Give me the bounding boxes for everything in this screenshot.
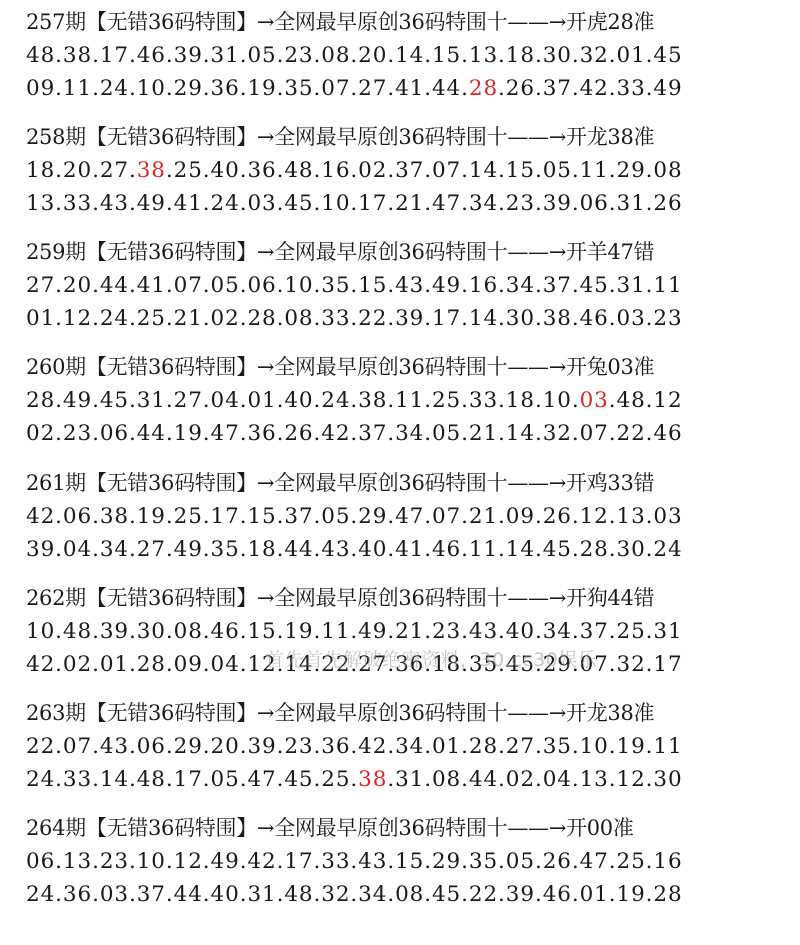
- period-title: 263期【无错36码特围】→全网最早原创36码特围十——→开龙38准: [26, 697, 800, 730]
- period-number: 261期: [26, 471, 86, 495]
- separator-dot: .: [203, 537, 211, 562]
- separator-dot: .: [461, 537, 469, 562]
- number-row: 06.13.23.10.12.49.42.17.33.43.15.29.35.0…: [26, 845, 800, 878]
- number-cell: 49: [174, 537, 203, 562]
- number-cell: 29: [174, 734, 203, 759]
- separator-dot: .: [129, 849, 137, 874]
- separator-dot: .: [92, 734, 100, 759]
- separator-dot: .: [350, 849, 358, 874]
- separator-dot: .: [166, 652, 174, 677]
- separator-dot: .: [203, 849, 211, 874]
- separator-dot: .: [535, 306, 543, 331]
- number-cell: 39: [100, 619, 129, 644]
- separator-dot: .: [424, 652, 432, 677]
- number-cell: 14: [469, 158, 498, 183]
- number-cell: 06: [63, 504, 92, 529]
- number-cell: 45: [100, 388, 129, 413]
- number-cell: 49: [432, 273, 461, 298]
- separator-dot: .: [424, 882, 432, 907]
- number-cell: 35: [321, 273, 350, 298]
- number-cell: 10: [26, 619, 55, 644]
- number-cell: 31: [617, 273, 646, 298]
- separator-dot: .: [461, 191, 469, 216]
- number-cell: 40: [211, 882, 240, 907]
- number-row: 09.11.24.10.29.36.19.35.07.27.41.44.28.2…: [26, 72, 800, 105]
- separator-dot: .: [572, 767, 580, 792]
- number-cell: 43: [100, 191, 129, 216]
- separator-dot: .: [572, 619, 580, 644]
- number-cell: 37: [543, 76, 572, 101]
- separator-dot: .: [350, 734, 358, 759]
- separator-dot: .: [535, 191, 543, 216]
- separator-dot: .: [535, 388, 543, 413]
- separator-dot: .: [203, 43, 211, 68]
- number-cell: 46: [543, 882, 572, 907]
- separator-dot: .: [55, 504, 63, 529]
- separator-dot: .: [387, 43, 395, 68]
- number-cell: 26: [543, 504, 572, 529]
- number-cell: 19: [617, 882, 646, 907]
- separator-dot: .: [55, 849, 63, 874]
- number-cell: 39: [174, 43, 203, 68]
- separator-dot: .: [166, 158, 174, 183]
- period-title: 258期【无错36码特围】→全网最早原创36码特围十——→开龙38准: [26, 121, 800, 154]
- number-cell: 15: [432, 43, 461, 68]
- separator-dot: .: [461, 619, 469, 644]
- number-cell: 34: [100, 537, 129, 562]
- period-entry: 258期【无错36码特围】→全网最早原创36码特围十——→开龙38准18.20.…: [26, 121, 800, 220]
- separator-dot: .: [350, 76, 358, 101]
- separator-dot: .: [92, 882, 100, 907]
- number-cell: 40: [211, 158, 240, 183]
- number-cell: 36: [395, 652, 424, 677]
- separator-dot: .: [350, 619, 358, 644]
- separator-dot: .: [461, 504, 469, 529]
- number-row: 42.02.01.28.09.04.12.14.22.27.36.18.35.4…: [26, 648, 800, 681]
- number-cell: 07: [63, 734, 92, 759]
- number-cell: 29: [617, 158, 646, 183]
- separator-dot: .: [461, 849, 469, 874]
- separator-dot: .: [92, 76, 100, 101]
- number-cell: 28: [653, 882, 682, 907]
- separator-dot: .: [387, 76, 395, 101]
- separator-dot: .: [609, 849, 617, 874]
- number-cell: 17: [100, 43, 129, 68]
- number-cell: 01: [580, 882, 609, 907]
- separator-dot: .: [203, 882, 211, 907]
- separator-dot: .: [203, 191, 211, 216]
- number-cell: 04: [211, 652, 240, 677]
- separator-dot: .: [203, 306, 211, 331]
- number-row: 13.33.43.49.41.24.03.45.10.17.21.47.34.2…: [26, 187, 800, 220]
- separator-dot: .: [424, 537, 432, 562]
- number-cell: 43: [321, 537, 350, 562]
- number-cell: 19: [137, 504, 166, 529]
- separator-dot: .: [535, 734, 543, 759]
- period-result: 狗44错: [587, 586, 655, 610]
- number-cell: 16: [653, 849, 682, 874]
- separator-dot: .: [166, 388, 174, 413]
- separator-dot: .: [129, 306, 137, 331]
- separator-dot: .: [424, 849, 432, 874]
- number-cell: 31: [137, 388, 166, 413]
- number-cell: 02: [26, 421, 55, 446]
- separator-dot: .: [572, 734, 580, 759]
- separator-dot: .: [55, 537, 63, 562]
- number-cell: 29: [543, 652, 572, 677]
- number-cell: 05: [211, 273, 240, 298]
- number-cell: 45: [284, 767, 313, 792]
- number-cell: 36: [211, 76, 240, 101]
- number-cell: 37: [580, 619, 609, 644]
- number-cell: 30: [137, 619, 166, 644]
- number-cell: 43: [100, 734, 129, 759]
- period-heading-text: 【无错36码特围】→全网最早原创36码特围十——→开: [86, 10, 587, 34]
- separator-dot: .: [92, 273, 100, 298]
- number-cell: 14: [395, 43, 424, 68]
- separator-dot: .: [92, 421, 100, 446]
- number-cell: 29: [358, 504, 387, 529]
- separator-dot: .: [461, 388, 469, 413]
- separator-dot: .: [609, 43, 617, 68]
- period-entry: 262期【无错36码特围】→全网最早原创36码特围十——→开狗44错10.48.…: [26, 582, 800, 681]
- number-cell: 27: [506, 734, 535, 759]
- separator-dot: .: [572, 191, 580, 216]
- number-cell: 42: [247, 849, 276, 874]
- number-cell: 23: [284, 43, 313, 68]
- separator-dot: .: [387, 504, 395, 529]
- number-cell: 12: [63, 306, 92, 331]
- number-cell: 30: [653, 767, 682, 792]
- period-entry: 264期【无错36码特围】→全网最早原创36码特围十——→开00准06.13.2…: [26, 812, 800, 911]
- number-cell: 29: [432, 849, 461, 874]
- number-cell: 19: [284, 619, 313, 644]
- winning-number: 38: [137, 158, 166, 183]
- number-cell: 17: [211, 504, 240, 529]
- number-cell: 24: [100, 76, 129, 101]
- number-cell: 38: [543, 306, 572, 331]
- number-cell: 03: [100, 882, 129, 907]
- period-entry: 261期【无错36码特围】→全网最早原创36码特围十——→开鸡33错42.06.…: [26, 467, 800, 566]
- number-cell: 44: [284, 537, 313, 562]
- number-cell: 41: [137, 273, 166, 298]
- period-heading-text: 【无错36码特围】→全网最早原创36码特围十——→开: [86, 240, 587, 264]
- separator-dot: .: [498, 767, 506, 792]
- separator-dot: .: [92, 306, 100, 331]
- separator-dot: .: [387, 273, 395, 298]
- number-cell: 05: [543, 158, 572, 183]
- number-cell: 11: [395, 388, 424, 413]
- number-cell: 25: [174, 504, 203, 529]
- number-cell: 37: [358, 421, 387, 446]
- separator-dot: .: [203, 76, 211, 101]
- separator-dot: .: [498, 306, 506, 331]
- number-cell: 29: [174, 76, 203, 101]
- winning-number: 28: [469, 76, 498, 101]
- number-cell: 44: [469, 767, 498, 792]
- number-row: 24.33.14.48.17.05.47.45.25.38.31.08.44.0…: [26, 763, 800, 796]
- number-cell: 13: [617, 504, 646, 529]
- separator-dot: .: [129, 191, 137, 216]
- separator-dot: .: [461, 306, 469, 331]
- number-cell: 32: [617, 652, 646, 677]
- number-cell: 17: [284, 849, 313, 874]
- number-cell: 40: [358, 537, 387, 562]
- number-cell: 43: [469, 619, 498, 644]
- number-row: 42.06.38.19.25.17.15.37.05.29.47.07.21.0…: [26, 500, 800, 533]
- number-cell: 06: [247, 273, 276, 298]
- number-cell: 40: [506, 619, 535, 644]
- period-entry: 259期【无错36码特围】→全网最早原创36码特围十——→开羊47错27.20.…: [26, 236, 800, 335]
- number-cell: 34: [506, 273, 535, 298]
- period-result: 兔03准: [587, 355, 655, 379]
- separator-dot: .: [166, 882, 174, 907]
- number-cell: 48: [284, 882, 313, 907]
- number-cell: 17: [174, 767, 203, 792]
- number-cell: 11: [580, 158, 609, 183]
- number-cell: 45: [543, 537, 572, 562]
- separator-dot: .: [424, 43, 432, 68]
- separator-dot: .: [498, 273, 506, 298]
- number-cell: 31: [247, 882, 276, 907]
- separator-dot: .: [387, 421, 395, 446]
- number-cell: 02: [211, 306, 240, 331]
- number-cell: 13: [26, 191, 55, 216]
- separator-dot: .: [461, 734, 469, 759]
- number-row: 39.04.34.27.49.35.18.44.43.40.41.46.11.1…: [26, 533, 800, 566]
- number-cell: 07: [321, 76, 350, 101]
- number-cell: 46: [432, 537, 461, 562]
- separator-dot: .: [572, 273, 580, 298]
- separator-dot: .: [572, 306, 580, 331]
- separator-dot: .: [350, 388, 358, 413]
- number-cell: 30: [506, 306, 535, 331]
- separator-dot: .: [55, 619, 63, 644]
- separator-dot: .: [350, 882, 358, 907]
- number-cell: 42: [321, 421, 350, 446]
- number-cell: 48: [26, 43, 55, 68]
- separator-dot: .: [350, 273, 358, 298]
- separator-dot: .: [424, 191, 432, 216]
- separator-dot: .: [572, 882, 580, 907]
- separator-dot: .: [166, 537, 174, 562]
- number-cell: 45: [506, 652, 535, 677]
- number-cell: 34: [395, 734, 424, 759]
- number-cell: 18: [506, 43, 535, 68]
- separator-dot: .: [387, 191, 395, 216]
- separator-dot: .: [424, 273, 432, 298]
- period-title: 262期【无错36码特围】→全网最早原创36码特围十——→开狗44错: [26, 582, 800, 615]
- number-cell: 23: [506, 191, 535, 216]
- number-cell: 32: [321, 882, 350, 907]
- number-cell: 18: [26, 158, 55, 183]
- number-cell: 23: [63, 421, 92, 446]
- number-cell: 12: [653, 388, 682, 413]
- number-cell: 34: [543, 619, 572, 644]
- separator-dot: .: [387, 158, 395, 183]
- number-cell: 07: [432, 504, 461, 529]
- number-cell: 27: [358, 652, 387, 677]
- number-cell: 28: [137, 652, 166, 677]
- number-cell: 21: [174, 306, 203, 331]
- separator-dot: .: [350, 652, 358, 677]
- period-entry: 263期【无错36码特围】→全网最早原创36码特围十——→开龙38准22.07.…: [26, 697, 800, 796]
- separator-dot: .: [609, 273, 617, 298]
- number-cell: 48: [137, 767, 166, 792]
- number-cell: 35: [469, 652, 498, 677]
- number-cell: 09: [174, 652, 203, 677]
- number-cell: 19: [617, 734, 646, 759]
- number-cell: 19: [174, 421, 203, 446]
- number-cell: 28: [469, 734, 498, 759]
- separator-dot: .: [55, 273, 63, 298]
- number-cell: 30: [617, 537, 646, 562]
- separator-dot: .: [424, 421, 432, 446]
- number-row: 02.23.06.44.19.47.36.26.42.37.34.05.21.1…: [26, 417, 800, 450]
- number-row: 48.38.17.46.39.31.05.23.08.20.14.15.13.1…: [26, 39, 800, 72]
- number-cell: 14: [469, 306, 498, 331]
- separator-dot: .: [609, 306, 617, 331]
- number-cell: 05: [321, 504, 350, 529]
- separator-dot: .: [609, 158, 617, 183]
- separator-dot: .: [387, 306, 395, 331]
- number-row: 01.12.24.25.21.02.28.08.33.22.39.17.14.3…: [26, 302, 800, 335]
- period-heading-text: 【无错36码特围】→全网最早原创36码特围十——→开: [86, 586, 587, 610]
- number-cell: 36: [63, 882, 92, 907]
- number-cell: 33: [469, 388, 498, 413]
- winning-number: 38: [358, 767, 387, 792]
- period-result: 虎28准: [587, 10, 655, 34]
- number-cell: 10: [137, 849, 166, 874]
- number-cell: 07: [580, 652, 609, 677]
- number-cell: 33: [617, 76, 646, 101]
- separator-dot: .: [55, 421, 63, 446]
- separator-dot: .: [535, 43, 543, 68]
- separator-dot: .: [498, 537, 506, 562]
- number-cell: 22: [26, 734, 55, 759]
- separator-dot: .: [572, 158, 580, 183]
- separator-dot: .: [572, 421, 580, 446]
- number-cell: 23: [100, 849, 129, 874]
- separator-dot: .: [166, 421, 174, 446]
- number-cell: 14: [284, 652, 313, 677]
- period-number: 260期: [26, 355, 86, 379]
- number-cell: 44: [137, 421, 166, 446]
- number-cell: 41: [395, 537, 424, 562]
- number-cell: 12: [174, 849, 203, 874]
- number-cell: 31: [211, 43, 240, 68]
- number-cell: 07: [174, 273, 203, 298]
- number-cell: 02: [506, 767, 535, 792]
- separator-dot: .: [498, 734, 506, 759]
- number-cell: 25: [617, 849, 646, 874]
- number-cell: 47: [247, 767, 276, 792]
- separator-dot: .: [92, 652, 100, 677]
- number-cell: 11: [321, 619, 350, 644]
- period-number: 257期: [26, 10, 86, 34]
- separator-dot: .: [424, 767, 432, 792]
- period-title: 259期【无错36码特围】→全网最早原创36码特围十——→开羊47错: [26, 236, 800, 269]
- separator-dot: .: [350, 191, 358, 216]
- number-cell: 20: [63, 273, 92, 298]
- number-cell: 01: [617, 43, 646, 68]
- separator-dot: .: [350, 767, 358, 792]
- separator-dot: .: [129, 767, 137, 792]
- number-cell: 11: [653, 734, 682, 759]
- number-row: 10.48.39.30.08.46.15.19.11.49.21.23.43.4…: [26, 615, 800, 648]
- separator-dot: .: [203, 273, 211, 298]
- period-entry: 260期【无错36码特围】→全网最早原创36码特围十——→开兔03准28.49.…: [26, 351, 800, 450]
- separator-dot: .: [609, 619, 617, 644]
- number-cell: 42: [580, 76, 609, 101]
- number-cell: 15: [395, 849, 424, 874]
- number-cell: 49: [137, 191, 166, 216]
- number-cell: 04: [211, 388, 240, 413]
- separator-dot: .: [55, 306, 63, 331]
- separator-dot: .: [535, 421, 543, 446]
- separator-dot: .: [461, 421, 469, 446]
- number-cell: 36: [321, 734, 350, 759]
- number-cell: 47: [395, 504, 424, 529]
- number-cell: 42: [358, 734, 387, 759]
- number-cell: 03: [247, 191, 276, 216]
- separator-dot: .: [498, 504, 506, 529]
- separator-dot: .: [350, 537, 358, 562]
- separator-dot: .: [203, 158, 211, 183]
- separator-dot: .: [92, 537, 100, 562]
- separator-dot: .: [387, 849, 395, 874]
- separator-dot: .: [203, 734, 211, 759]
- number-cell: 11: [63, 76, 92, 101]
- number-cell: 26: [506, 76, 535, 101]
- number-row: 28.49.45.31.27.04.01.40.24.38.11.25.33.1…: [26, 384, 800, 417]
- number-cell: 27: [137, 537, 166, 562]
- separator-dot: .: [387, 767, 395, 792]
- separator-dot: .: [203, 652, 211, 677]
- number-cell: 33: [63, 767, 92, 792]
- separator-dot: .: [609, 191, 617, 216]
- number-cell: 42: [26, 652, 55, 677]
- separator-dot: .: [461, 158, 469, 183]
- number-cell: 32: [580, 43, 609, 68]
- number-cell: 20: [63, 158, 92, 183]
- number-cell: 11: [653, 273, 682, 298]
- number-cell: 39: [506, 882, 535, 907]
- separator-dot: .: [166, 619, 174, 644]
- number-cell: 24: [653, 537, 682, 562]
- number-cell: 38: [100, 504, 129, 529]
- number-cell: 37: [137, 882, 166, 907]
- separator-dot: .: [609, 734, 617, 759]
- number-cell: 14: [506, 421, 535, 446]
- period-result: 龙38准: [587, 701, 655, 725]
- number-cell: 10: [284, 273, 313, 298]
- separator-dot: .: [350, 306, 358, 331]
- separator-dot: .: [203, 421, 211, 446]
- number-cell: 44: [432, 76, 461, 101]
- separator-dot: .: [535, 76, 543, 101]
- number-cell: 05: [211, 767, 240, 792]
- number-cell: 15: [506, 158, 535, 183]
- number-cell: 35: [469, 849, 498, 874]
- number-cell: 01: [432, 734, 461, 759]
- period-result: 羊47错: [587, 240, 655, 264]
- separator-dot: .: [55, 767, 63, 792]
- separator-dot: .: [424, 734, 432, 759]
- separator-dot: .: [609, 537, 617, 562]
- number-cell: 06: [26, 849, 55, 874]
- separator-dot: .: [498, 76, 506, 101]
